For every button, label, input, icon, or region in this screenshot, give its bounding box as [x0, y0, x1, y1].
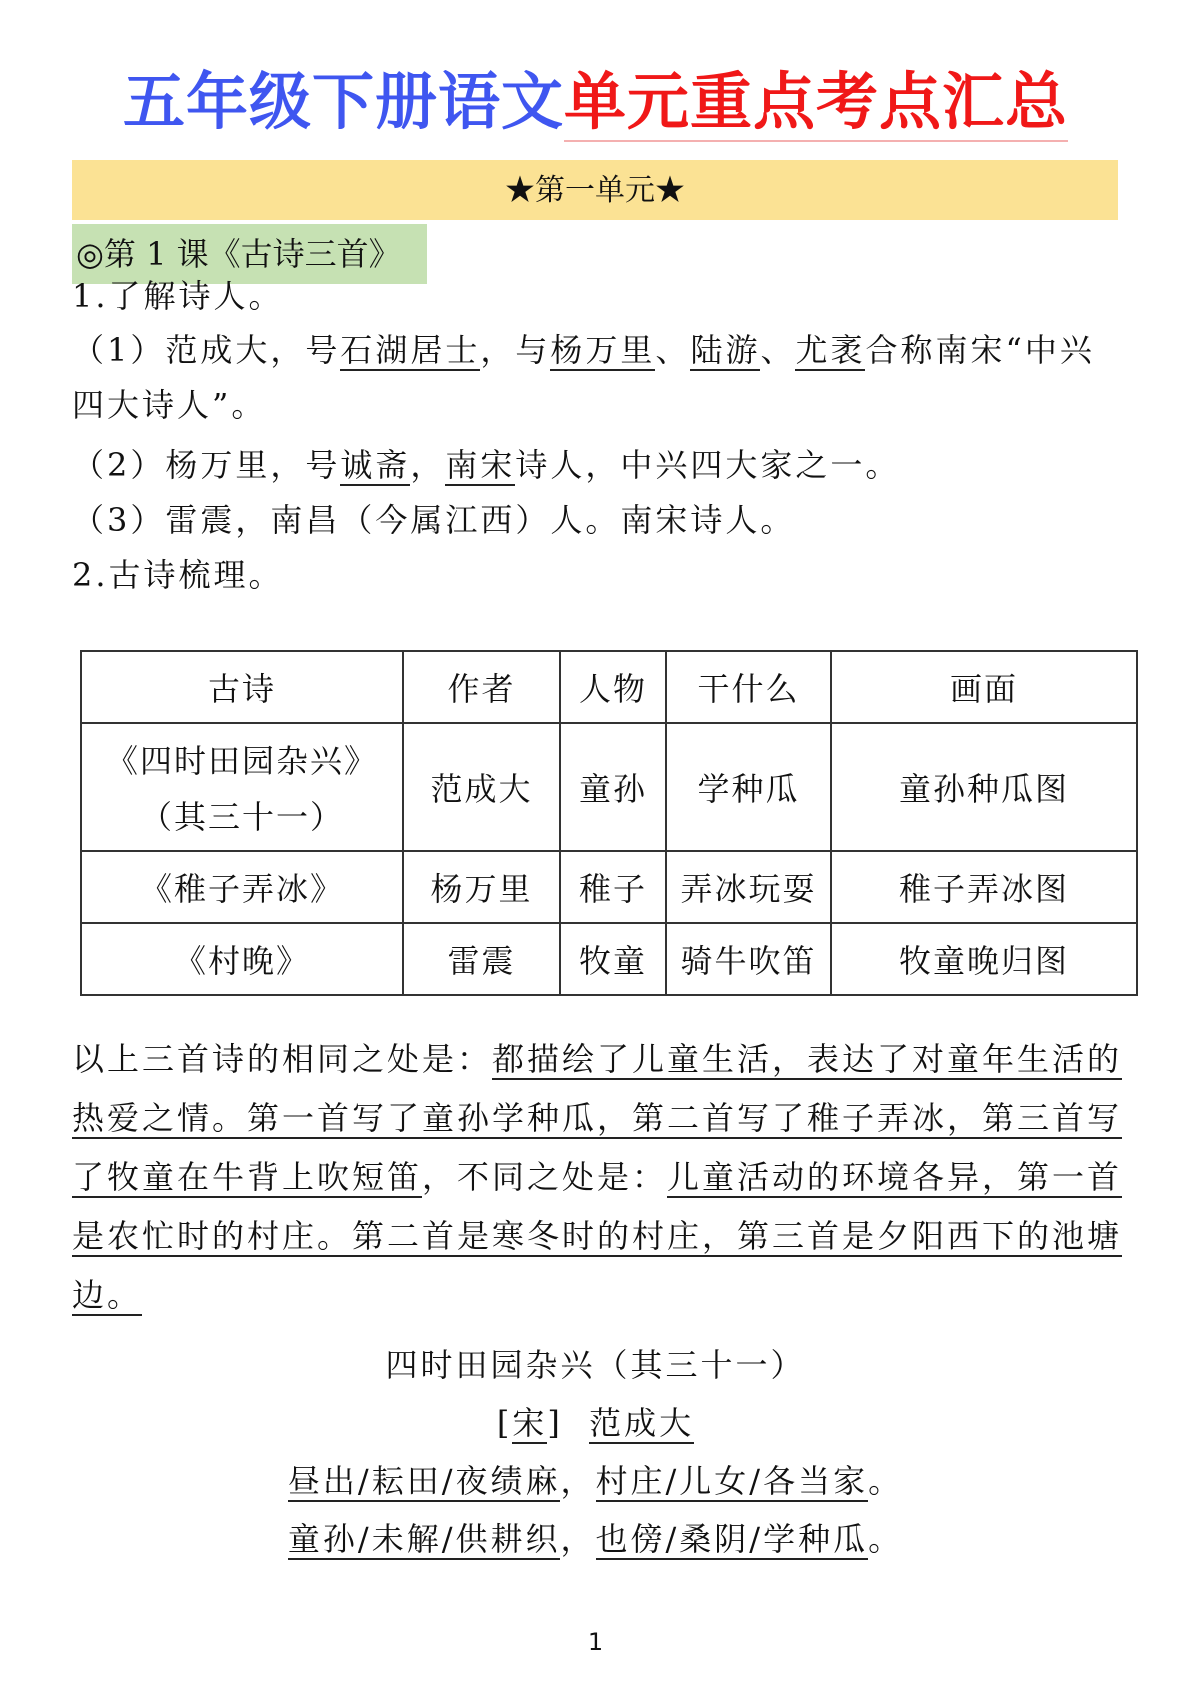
poet-item-2: （2）杨万里，号诚斋，南宋诗人，中兴四大家之一。	[72, 445, 900, 485]
underlined-term: 陆游	[690, 331, 760, 371]
table-header: 画面	[831, 651, 1137, 723]
table-cell-scene: 童孙种瓜图	[831, 723, 1137, 851]
table-cell-person: 牧童	[560, 923, 666, 995]
table-row: 《四时田园杂兴》（其三十一） 范成大 童孙 学种瓜 童孙种瓜图	[81, 723, 1137, 851]
poem-line-1: 昼出/耘田/夜绩麻，村庄/儿女/各当家。	[0, 1456, 1191, 1502]
table-row: 《稚子弄冰》 杨万里 稚子 弄冰玩耍 稚子弄冰图	[81, 851, 1137, 923]
table-cell-poem: 《稚子弄冰》	[81, 851, 403, 923]
lesson-heading: ◎第 1 课《古诗三首》	[72, 224, 427, 284]
table-cell-poem: 《村晚》	[81, 923, 403, 995]
table-cell-action: 学种瓜	[666, 723, 831, 851]
table-header: 干什么	[666, 651, 831, 723]
poet-item-1: （1）范成大，号石湖居士，与杨万里、陆游、尤袤合称南宋“中兴	[72, 330, 1095, 370]
poem-line-2: 童孙/未解/供耕织，也傍/桑阴/学种瓜。	[0, 1514, 1191, 1560]
table-header: 作者	[403, 651, 560, 723]
underlined-term: 诚斋	[340, 446, 410, 486]
table-row: 《村晚》 雷震 牧童 骑牛吹笛 牧童晚归图	[81, 923, 1137, 995]
comparison-summary: 以上三首诗的相同之处是：都描绘了儿童生活，表达了对童年生活的热爱之情。第一首写了…	[72, 1030, 1128, 1325]
table-cell-author: 杨万里	[403, 851, 560, 923]
table-cell-scene: 稚子弄冰图	[831, 851, 1137, 923]
underlined-term: 石湖居士	[340, 331, 480, 371]
table-header: 古诗	[81, 651, 403, 723]
poem-byline: [宋] 范成大	[0, 1398, 1191, 1444]
poem-author: 范成大	[589, 1404, 694, 1444]
poem-dynasty: 宋	[512, 1404, 547, 1444]
underlined-term: 尤袤	[795, 331, 865, 371]
table-cell-author: 雷震	[403, 923, 560, 995]
table-cell-action: 弄冰玩耍	[666, 851, 831, 923]
unit-heading: ★第一单元★	[72, 160, 1118, 220]
table-header-row: 古诗 作者 人物 干什么 画面	[81, 651, 1137, 723]
table-cell-person: 童孙	[560, 723, 666, 851]
title-red-part: 单元重点考点汇总	[564, 65, 1068, 142]
table-header: 人物	[560, 651, 666, 723]
title-blue-part: 五年级下册语文	[123, 65, 564, 138]
section-heading-poets: 1.了解诗人。	[72, 276, 284, 316]
table-cell-action: 骑牛吹笛	[666, 923, 831, 995]
table-cell-person: 稚子	[560, 851, 666, 923]
page-number: 1	[0, 1628, 1191, 1656]
poet-item-1-cont: 四大诗人”。	[72, 385, 266, 425]
table-cell-poem: 《四时田园杂兴》（其三十一）	[81, 723, 403, 851]
section-heading-poems: 2.古诗梳理。	[72, 555, 284, 595]
underlined-term: 南宋	[445, 446, 515, 486]
underlined-term: 杨万里	[550, 331, 655, 371]
table-cell-scene: 牧童晚归图	[831, 923, 1137, 995]
table-cell-author: 范成大	[403, 723, 560, 851]
poet-item-3: （3）雷震，南昌（今属江西）人。南宋诗人。	[72, 500, 795, 540]
poem-title: 四时田园杂兴（其三十一）	[0, 1340, 1191, 1386]
poem-summary-table: 古诗 作者 人物 干什么 画面 《四时田园杂兴》（其三十一） 范成大 童孙 学种…	[80, 650, 1138, 996]
document-title: 五年级下册语文单元重点考点汇总	[0, 52, 1191, 141]
